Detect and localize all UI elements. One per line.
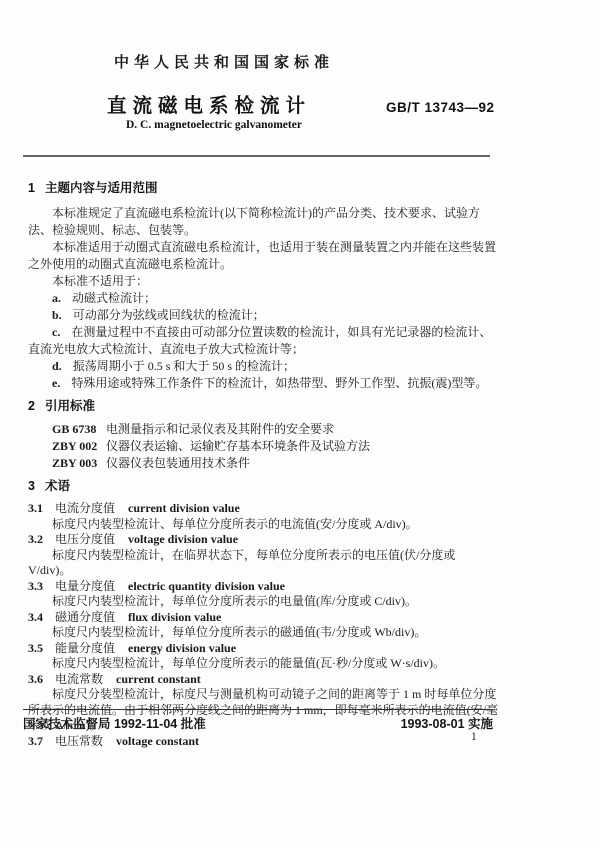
term-en: voltage division value: [128, 532, 238, 546]
section-number: 1: [28, 181, 35, 195]
item-text: 在测量过程中不直接由可动部分位置读数的检流计，如具有光记录器的检流计、直流光电放…: [28, 325, 491, 356]
item-label: e.: [52, 376, 60, 390]
term-definition: 标度尺内装型检流计，每单位分度所表示的磁通值(韦/分度或 Wb/div)。: [28, 625, 498, 641]
term-heading: 3.3电量分度值electric quantity division value: [28, 579, 498, 595]
term-heading: 3.7电压常数voltage constant: [28, 734, 498, 750]
term-heading: 3.4磁通分度值flux division value: [28, 610, 498, 626]
term-zh: 能量分度值: [55, 641, 115, 655]
term-heading: 3.1电流分度值current division value: [28, 501, 498, 517]
term-number: 3.2: [28, 532, 55, 548]
document-body: 1主题内容与适用范围 本标准规定了直流磁电系检流计(以下简称检流计)的产品分类、…: [28, 179, 498, 749]
list-item: d.振荡周期小于 0.5 s 和大于 50 s 的检流计；: [28, 358, 498, 375]
term-en: energy division value: [128, 641, 236, 655]
term-number: 3.6: [28, 672, 55, 688]
term-definition: 标度尺内装型检流计，在临界状态下，每单位分度所表示的电压值(伏/分度或 V/di…: [28, 548, 498, 579]
section-title: 术语: [45, 479, 70, 493]
header-divider: [23, 155, 490, 157]
document-page: 中华人民共和国国家标准 直流磁电系检流计 GB/T 13743—92 D. C.…: [0, 0, 600, 848]
national-standard-label: 中华人民共和国国家标准: [114, 51, 334, 72]
reference-code: GB 6738: [52, 421, 106, 438]
reference-code: ZBY 002: [52, 438, 106, 455]
paragraph-scope-1: 本标准规定了直流磁电系检流计(以下简称检流计)的产品分类、技术要求、试验方法、检…: [28, 205, 498, 239]
term-number: 3.3: [28, 579, 55, 595]
item-text: 动磁式检流计；: [72, 291, 156, 305]
term-en: current division value: [128, 501, 240, 515]
implementation-note: 1993-08-01 实施: [401, 714, 493, 732]
reference-code: ZBY 003: [52, 455, 106, 472]
reference-title: 电测量指示和记录仪表及其附件的安全要求: [106, 422, 334, 436]
item-text: 可动部分为弦线或回线状的检流计；: [73, 308, 265, 322]
section-title: 引用标准: [45, 399, 95, 413]
document-title-zh: 直流磁电系检流计: [107, 90, 311, 118]
term-en: flux division value: [128, 610, 221, 624]
document-footer: 国家技术监督局 1992-11-04 批准 1993-08-01 实施: [23, 714, 493, 732]
term-definition: 标度尺内装型检流计、每单位分度所表示的电流值(安/分度或 A/div)。: [28, 517, 498, 533]
list-item: a.动磁式检流计；: [28, 290, 498, 307]
reference-item: GB 6738电测量指示和记录仪表及其附件的安全要求: [28, 421, 498, 438]
term-heading: 3.5能量分度值energy division value: [28, 641, 498, 657]
section-number: 2: [28, 399, 35, 413]
term-number: 3.1: [28, 501, 55, 517]
page-number: 1: [471, 731, 477, 743]
section-1-heading: 1主题内容与适用范围: [28, 180, 498, 197]
footer-divider: [23, 709, 493, 710]
section-3-heading: 3术语: [28, 478, 498, 495]
term-number: 3.4: [28, 610, 55, 626]
section-2-heading: 2引用标准: [28, 398, 498, 415]
reference-item: ZBY 003仪器仪表包装通用技术条件: [28, 455, 498, 472]
reference-title: 仪器仪表运输、运输贮存基本环境条件及试验方法: [106, 439, 370, 453]
item-label: a.: [52, 291, 61, 305]
term-heading: 3.6电流常数current constant: [28, 672, 498, 688]
term-definition: 标度尺内装型检流计，每单位分度所表示的能量值(瓦·秒/分度或 W·s/div)。: [28, 656, 498, 672]
paragraph-scope-2: 本标准适用于动圈式直流磁电系检流计，也适用于装在测量装置之内并能在这些装置之外使…: [28, 239, 498, 273]
section-title: 主题内容与适用范围: [45, 181, 158, 195]
list-item: c.在测量过程中不直接由可动部分位置读数的检流计，如具有光记录器的检流计、直流光…: [28, 324, 498, 358]
term-zh: 磁通分度值: [55, 610, 115, 624]
list-item: b.可动部分为弦线或回线状的检流计；: [28, 307, 498, 324]
reference-item: ZBY 002仪器仪表运输、运输贮存基本环境条件及试验方法: [28, 438, 498, 455]
terms-list: 3.1电流分度值current division value 标度尺内装型检流计…: [28, 501, 498, 749]
term-number: 3.5: [28, 641, 55, 657]
term-zh: 电流分度值: [55, 501, 115, 515]
item-label: b.: [52, 308, 62, 322]
section-number: 3: [28, 479, 35, 493]
term-zh: 电压分度值: [55, 532, 115, 546]
standard-number: GB/T 13743—92: [386, 100, 495, 115]
document-title-en: D. C. magnetoelectric galvanometer: [126, 119, 302, 131]
term-zh: 电量分度值: [55, 579, 115, 593]
term-heading: 3.2电压分度值voltage division value: [28, 532, 498, 548]
list-item: e.特殊用途或特殊工作条件下的检流计，如热带型、野外工作型、抗振(震)型等。: [28, 375, 498, 392]
approval-note: 国家技术监督局 1992-11-04 批准: [23, 714, 206, 732]
term-en: electric quantity division value: [128, 579, 285, 593]
item-label: c.: [52, 325, 60, 339]
item-text: 振荡周期小于 0.5 s 和大于 50 s 的检流计；: [73, 359, 295, 373]
term-zh: 电压常数: [55, 734, 103, 748]
item-label: d.: [52, 359, 62, 373]
term-definition: 标度尺内装型检流计，每单位分度所表示的电量值(库/分度或 C/div)。: [28, 594, 498, 610]
paragraph-not-applicable: 本标准不适用于：: [28, 273, 498, 290]
term-number: 3.7: [28, 734, 55, 750]
term-zh: 电流常数: [55, 672, 103, 686]
item-text: 特殊用途或特殊工作条件下的检流计，如热带型、野外工作型、抗振(震)型等。: [71, 376, 487, 390]
term-en: current constant: [116, 672, 201, 686]
reference-title: 仪器仪表包装通用技术条件: [106, 456, 250, 470]
term-en: voltage constant: [116, 734, 199, 748]
